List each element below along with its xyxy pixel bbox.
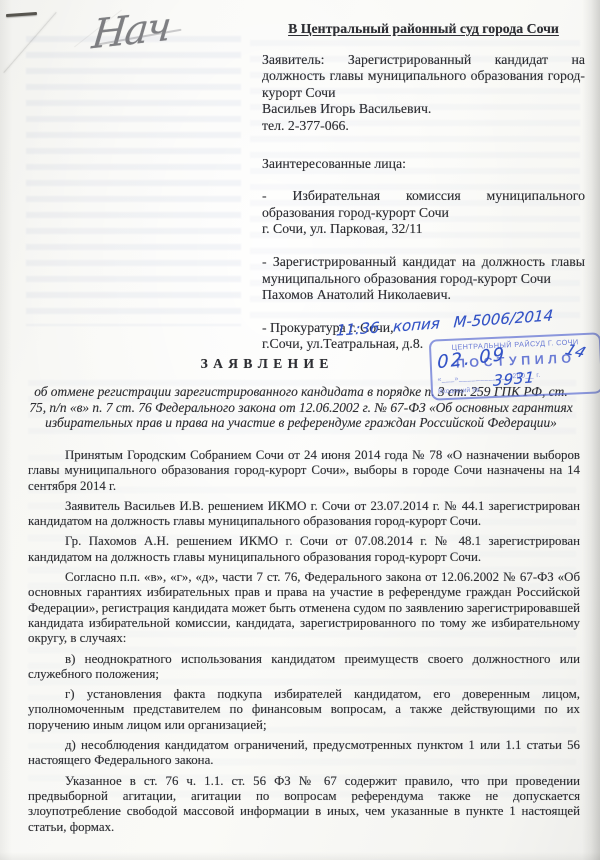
body-paragraph: Гр. Пахомов А.Н. решением ИКМО г. Сочи о… — [28, 534, 580, 565]
body-paragraph: Согласно п.п. «в», «г», «д», части 7 ст.… — [28, 570, 580, 646]
party-line: - Зарегистрированный кандидат на должнос… — [262, 254, 585, 287]
party-name: Пахомов Анатолий Николаевич. — [262, 287, 585, 304]
handwritten-entry-number: 3931 — [493, 368, 536, 390]
body-paragraph: в) неоднократного использования кандидат… — [28, 652, 580, 683]
document-title: З А Я В Л Е Н И Е — [165, 356, 365, 372]
party-block: - Избирательная комиссия муниципального … — [262, 188, 585, 238]
body-paragraph: Принятым Городским Собранием Сочи от 24 … — [28, 448, 580, 494]
scan-edge-shadow — [582, 0, 600, 860]
bleed-through-overlay — [26, 36, 241, 326]
pencil-scribble: Нач — [90, 4, 172, 59]
party-block: - Зарегистрированный кандидат на должнос… — [262, 254, 585, 304]
body-paragraph: Заявитель Васильев И.В. решением ИКМО г.… — [28, 499, 580, 530]
document-header-block: В Центральный районный суд города Сочи З… — [262, 21, 585, 353]
applicant-name: Васильев Игорь Васильевич. — [262, 101, 585, 118]
interested-parties-label: Заинтересованные лица: — [262, 156, 585, 173]
scan-edge-shadow — [0, 852, 600, 860]
party-address: г. Сочи, ул. Парковая, 32/11 — [262, 221, 585, 238]
body-paragraph: г) установления факта подкупа избирателе… — [28, 687, 580, 733]
document-body: Принятым Городским Собранием Сочи от 24 … — [28, 448, 580, 840]
scanned-court-application-page: Нач В Центральный районный суд города Со… — [0, 0, 600, 860]
party-line: - Избирательная комиссия муниципального … — [262, 188, 585, 221]
body-paragraph: Указанное в ст. 76 ч. 1.1. ст. 56 ФЗ № 6… — [28, 774, 580, 835]
applicant-phone: тел. 2-377-066. — [262, 118, 585, 135]
applicant-intro: Заявитель: Зарегистрированный кандидат н… — [262, 52, 585, 102]
scan-edge-shadow — [0, 0, 12, 860]
court-header: В Центральный районный суд города Сочи — [262, 21, 585, 38]
body-paragraph: д) несоблюдения кандидатом ограничений, … — [28, 738, 580, 769]
